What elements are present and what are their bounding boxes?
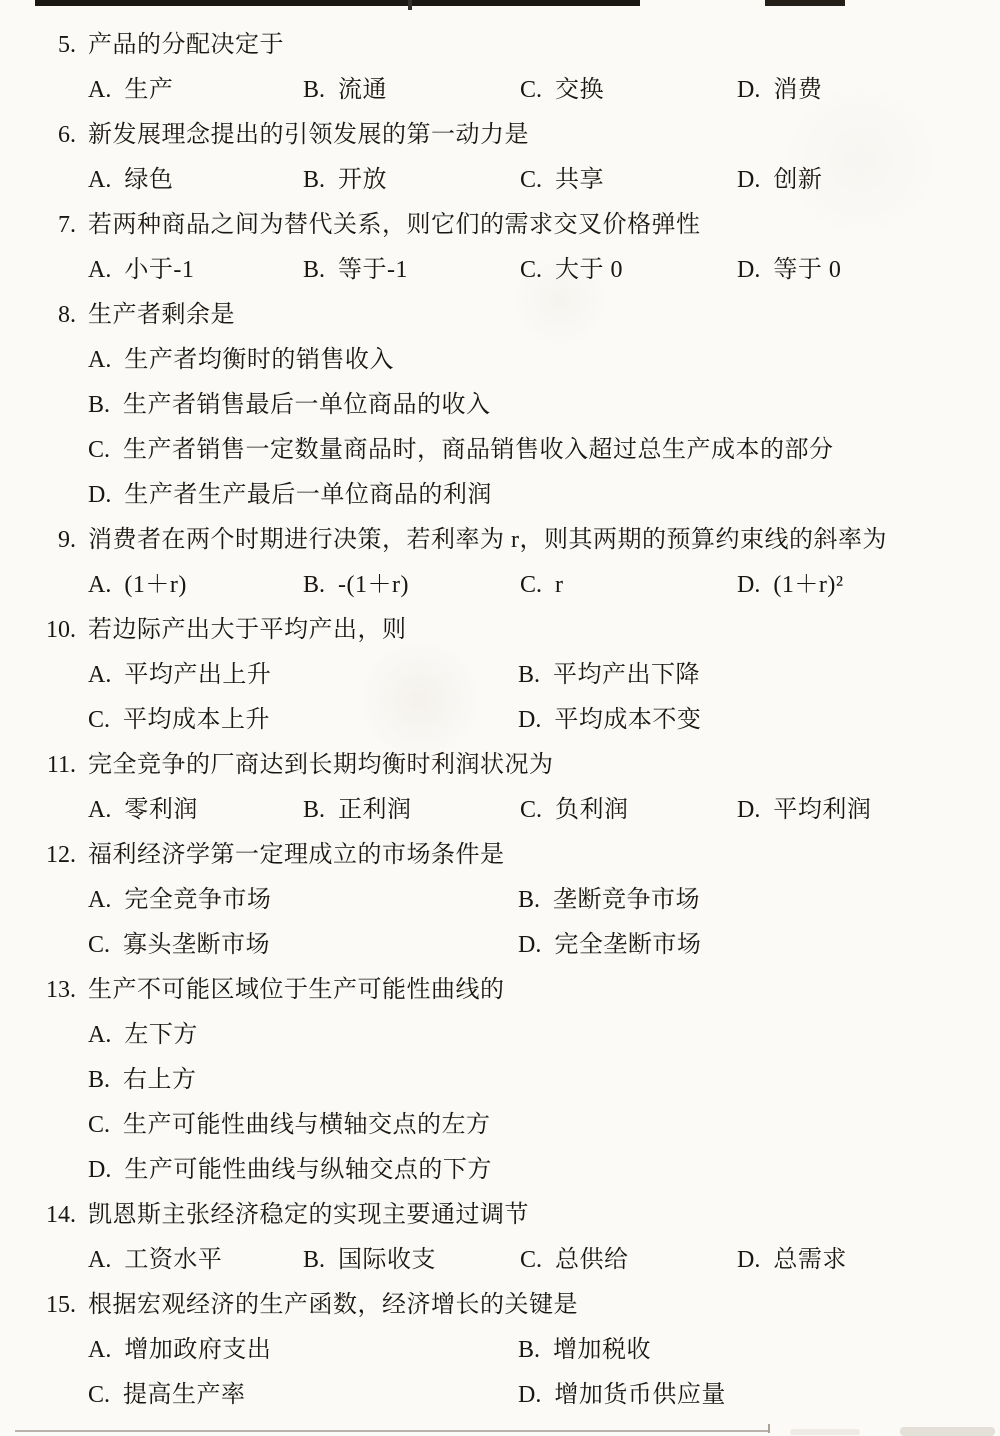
option-a: A.平均产出上升	[88, 660, 271, 690]
option-text: 生产者生产最后一单位商品的利润	[124, 482, 492, 508]
question-number: 14.	[0, 1200, 76, 1230]
question-number: 10.	[0, 615, 76, 645]
option-d: D.消费	[737, 75, 822, 105]
option-c: C.总供给	[520, 1245, 629, 1275]
option-d: D.增加货币供应量	[518, 1380, 726, 1410]
option-label: A.	[88, 660, 111, 690]
question-line: 10.若边际产出大于平均产出，则	[0, 615, 1000, 660]
option-text: 等于 0	[773, 257, 841, 283]
question-line: 5.产品的分配决定于	[0, 30, 1000, 75]
question-number: 13.	[0, 975, 76, 1005]
option-label: D.	[737, 255, 760, 285]
question-number: 7.	[0, 210, 76, 240]
option-text: 平均产出下降	[553, 662, 700, 688]
options-line: C.生产可能性曲线与横轴交点的左方	[0, 1110, 1000, 1155]
option-text: 国际收支	[338, 1247, 436, 1273]
option-c: C.提高生产率	[88, 1380, 246, 1410]
option-text: (1＋r)	[124, 572, 186, 598]
option-label: C.	[88, 705, 110, 735]
option-text: 平均成本上升	[123, 707, 270, 733]
question-line: 8.生产者剩余是	[0, 300, 1000, 345]
option-label: C.	[88, 1380, 110, 1410]
option-label: D.	[737, 795, 760, 825]
question-line: 14.凯恩斯主张经济稳定的实现主要通过调节	[0, 1200, 1000, 1245]
option-b: B.-(1＋r)	[303, 570, 409, 600]
option-label: A.	[88, 1020, 111, 1050]
options-line: A.(1＋r)B.-(1＋r)C.rD.(1＋r)²	[0, 570, 1000, 615]
options-line: A.工资水平B.国际收支C.总供给D.总需求	[0, 1245, 1000, 1290]
option-text: (1＋r)²	[773, 572, 843, 598]
option-text: 大于 0	[555, 257, 623, 283]
option-d: D.生产者生产最后一单位商品的利润	[88, 480, 492, 510]
option-label: B.	[303, 165, 325, 195]
option-label: D.	[88, 1155, 111, 1185]
option-d: D.等于 0	[737, 255, 841, 285]
option-d: D.完全垄断市场	[518, 930, 701, 960]
question-stem: 产品的分配决定于	[88, 30, 284, 60]
option-c: C.交换	[520, 75, 604, 105]
option-label: C.	[88, 930, 110, 960]
options-line: A.小于-1B.等于-1C.大于 0D.等于 0	[0, 255, 1000, 300]
option-a: A.小于-1	[88, 255, 194, 285]
option-d: D.总需求	[737, 1245, 847, 1275]
option-text: 生产者销售最后一单位商品的收入	[123, 392, 491, 418]
option-b: B.等于-1	[303, 255, 408, 285]
option-text: 垄断竞争市场	[553, 887, 700, 913]
options-line: B.生产者销售最后一单位商品的收入	[0, 390, 1000, 435]
options-line: A.零利润B.正利润C.负利润D.平均利润	[0, 795, 1000, 840]
option-b: B.平均产出下降	[518, 660, 700, 690]
option-text: 平均成本不变	[554, 707, 701, 733]
option-label: B.	[303, 795, 325, 825]
option-text: 共享	[555, 167, 604, 193]
option-label: C.	[520, 795, 542, 825]
option-text: 零利润	[124, 797, 198, 823]
question-stem: 若边际产出大于平均产出，则	[88, 615, 407, 645]
option-text: 创新	[773, 167, 822, 193]
option-text: 生产可能性曲线与纵轴交点的下方	[124, 1157, 492, 1183]
option-text: 生产者销售一定数量商品时，商品销售收入超过总生产成本的部分	[123, 437, 834, 463]
option-text: 总供给	[555, 1247, 629, 1273]
option-text: 提高生产率	[123, 1382, 246, 1408]
options-line: B.右上方	[0, 1065, 1000, 1110]
option-c: C.生产可能性曲线与横轴交点的左方	[88, 1110, 491, 1140]
question-stem: 生产者剩余是	[88, 300, 235, 330]
option-b: B.增加税收	[518, 1335, 651, 1365]
question-line: 11.完全竞争的厂商达到长期均衡时利润状况为	[0, 750, 1000, 795]
option-d: D.创新	[737, 165, 822, 195]
scan-artifact-bottom-tick	[768, 1424, 770, 1433]
option-label: B.	[518, 660, 540, 690]
question-line: 13.生产不可能区域位于生产可能性曲线的	[0, 975, 1000, 1020]
option-d: D.平均利润	[737, 795, 871, 825]
question-number: 11.	[0, 750, 76, 780]
question-line: 7.若两种商品之间为替代关系，则它们的需求交叉价格弹性	[0, 210, 1000, 255]
options-line: A.左下方	[0, 1020, 1000, 1065]
option-label: D.	[737, 75, 760, 105]
question-line: 6.新发展理念提出的引领发展的第一动力是	[0, 120, 1000, 165]
option-label: A.	[88, 885, 111, 915]
option-b: B.右上方	[88, 1065, 197, 1095]
option-label: B.	[303, 75, 325, 105]
scan-artifact-top-bar-right	[765, 0, 845, 6]
option-label: C.	[88, 1110, 110, 1140]
option-label: B.	[88, 390, 110, 420]
options-line: A.平均产出上升B.平均产出下降	[0, 660, 1000, 705]
option-label: A.	[88, 1245, 111, 1275]
option-c: C.大于 0	[520, 255, 623, 285]
option-label: D.	[518, 930, 541, 960]
option-label: A.	[88, 795, 111, 825]
option-d: D.生产可能性曲线与纵轴交点的下方	[88, 1155, 492, 1185]
option-label: A.	[88, 75, 111, 105]
option-text: -(1＋r)	[338, 572, 409, 598]
option-label: B.	[88, 1065, 110, 1095]
option-a: A.生产	[88, 75, 173, 105]
option-text: 生产	[124, 77, 173, 103]
option-a: A.完全竞争市场	[88, 885, 271, 915]
option-b: B.国际收支	[303, 1245, 436, 1275]
option-c: C.寡头垄断市场	[88, 930, 270, 960]
option-text: 流通	[338, 77, 387, 103]
option-label: B.	[303, 1245, 325, 1275]
option-a: A.零利润	[88, 795, 198, 825]
option-label: A.	[88, 1335, 111, 1365]
option-b: B.正利润	[303, 795, 412, 825]
scan-artifact-top-bar-left	[35, 0, 640, 6]
option-a: A.工资水平	[88, 1245, 222, 1275]
option-c: C.平均成本上升	[88, 705, 270, 735]
option-text: 工资水平	[124, 1247, 222, 1273]
question-stem: 新发展理念提出的引领发展的第一动力是	[88, 120, 529, 150]
question-line: 15.根据宏观经济的生产函数，经济增长的关键是	[0, 1290, 1000, 1335]
option-label: B.	[303, 255, 325, 285]
option-text: 等于-1	[338, 257, 408, 283]
question-number: 8.	[0, 300, 76, 330]
question-number: 6.	[0, 120, 76, 150]
option-text: 绿色	[124, 167, 173, 193]
option-text: 平均利润	[773, 797, 871, 823]
scan-artifact-bottom-smudge	[900, 1427, 995, 1436]
option-text: 生产可能性曲线与横轴交点的左方	[123, 1112, 491, 1138]
option-label: D.	[737, 1245, 760, 1275]
options-line: C.生产者销售一定数量商品时，商品销售收入超过总生产成本的部分	[0, 435, 1000, 480]
option-c: C.负利润	[520, 795, 629, 825]
options-line: D.生产可能性曲线与纵轴交点的下方	[0, 1155, 1000, 1200]
question-number: 15.	[0, 1290, 76, 1320]
option-text: 负利润	[555, 797, 629, 823]
option-a: A.增加政府支出	[88, 1335, 271, 1365]
option-text: 小于-1	[124, 257, 194, 283]
option-a: A.生产者均衡时的销售收入	[88, 345, 394, 375]
option-text: 寡头垄断市场	[123, 932, 270, 958]
option-text: 正利润	[338, 797, 412, 823]
option-text: 增加政府支出	[124, 1337, 271, 1363]
option-label: C.	[520, 570, 542, 600]
options-line: A.绿色B.开放C.共享D.创新	[0, 165, 1000, 210]
option-label: B.	[518, 885, 540, 915]
option-text: 开放	[338, 167, 387, 193]
option-label: C.	[520, 255, 542, 285]
options-line: D.生产者生产最后一单位商品的利润	[0, 480, 1000, 525]
option-label: D.	[88, 480, 111, 510]
option-c: C.生产者销售一定数量商品时，商品销售收入超过总生产成本的部分	[88, 435, 834, 465]
option-text: 左下方	[124, 1022, 198, 1048]
question-stem: 生产不可能区域位于生产可能性曲线的	[88, 975, 505, 1005]
options-line: A.生产者均衡时的销售收入	[0, 345, 1000, 390]
option-label: A.	[88, 165, 111, 195]
option-text: 完全垄断市场	[554, 932, 701, 958]
option-label: C.	[520, 1245, 542, 1275]
option-text: 总需求	[773, 1247, 847, 1273]
option-text: 交换	[555, 77, 604, 103]
question-stem: 若两种商品之间为替代关系，则它们的需求交叉价格弹性	[88, 210, 701, 240]
option-text: 生产者均衡时的销售收入	[124, 347, 394, 373]
option-label: D.	[737, 570, 760, 600]
options-line: A.生产B.流通C.交换D.消费	[0, 75, 1000, 120]
option-b: B.垄断竞争市场	[518, 885, 700, 915]
option-text: r	[555, 572, 564, 598]
option-label: C.	[520, 75, 542, 105]
option-text: 右上方	[123, 1067, 197, 1093]
options-line: A.增加政府支出B.增加税收	[0, 1335, 1000, 1380]
scan-artifact-top-tick	[408, 0, 412, 10]
question-stem: 消费者在两个时期进行决策，若利率为 r，则其两期的预算约束线的斜率为	[88, 525, 887, 555]
scan-artifact-bottom-smudge	[790, 1429, 860, 1435]
question-line: 9.消费者在两个时期进行决策，若利率为 r，则其两期的预算约束线的斜率为	[0, 525, 1000, 570]
option-b: B.开放	[303, 165, 387, 195]
option-label: D.	[518, 705, 541, 735]
question-line: 12.福利经济学第一定理成立的市场条件是	[0, 840, 1000, 885]
option-text: 完全竞争市场	[124, 887, 271, 913]
question-stem: 凯恩斯主张经济稳定的实现主要通过调节	[88, 1200, 529, 1230]
option-label: D.	[518, 1380, 541, 1410]
question-number: 5.	[0, 30, 76, 60]
scan-artifact-bottom-line	[15, 1430, 770, 1432]
option-label: A.	[88, 255, 111, 285]
option-b: B.流通	[303, 75, 387, 105]
option-text: 消费	[773, 77, 822, 103]
option-text: 增加货币供应量	[554, 1382, 726, 1408]
options-line: A.完全竞争市场B.垄断竞争市场	[0, 885, 1000, 930]
option-a: A.绿色	[88, 165, 173, 195]
option-c: C.共享	[520, 165, 604, 195]
option-b: B.生产者销售最后一单位商品的收入	[88, 390, 491, 420]
option-c: C.r	[520, 570, 564, 600]
option-a: A.左下方	[88, 1020, 198, 1050]
option-label: B.	[303, 570, 325, 600]
option-d: D.平均成本不变	[518, 705, 701, 735]
option-label: D.	[737, 165, 760, 195]
options-line: C.平均成本上升D.平均成本不变	[0, 705, 1000, 750]
question-stem: 福利经济学第一定理成立的市场条件是	[88, 840, 505, 870]
question-number: 12.	[0, 840, 76, 870]
exam-page: 5.产品的分配决定于A.生产B.流通C.交换D.消费6.新发展理念提出的引领发展…	[0, 0, 1000, 1436]
options-line: C.提高生产率D.增加货币供应量	[0, 1380, 1000, 1425]
option-a: A.(1＋r)	[88, 570, 187, 600]
option-label: A.	[88, 345, 111, 375]
option-d: D.(1＋r)²	[737, 570, 844, 600]
option-text: 平均产出上升	[124, 662, 271, 688]
option-label: B.	[518, 1335, 540, 1365]
question-number: 9.	[0, 525, 76, 555]
question-stem: 根据宏观经济的生产函数，经济增长的关键是	[88, 1290, 578, 1320]
option-label: A.	[88, 570, 111, 600]
option-label: C.	[520, 165, 542, 195]
option-label: C.	[88, 435, 110, 465]
question-stem: 完全竞争的厂商达到长期均衡时利润状况为	[88, 750, 554, 780]
option-text: 增加税收	[553, 1337, 651, 1363]
options-line: C.寡头垄断市场D.完全垄断市场	[0, 930, 1000, 975]
